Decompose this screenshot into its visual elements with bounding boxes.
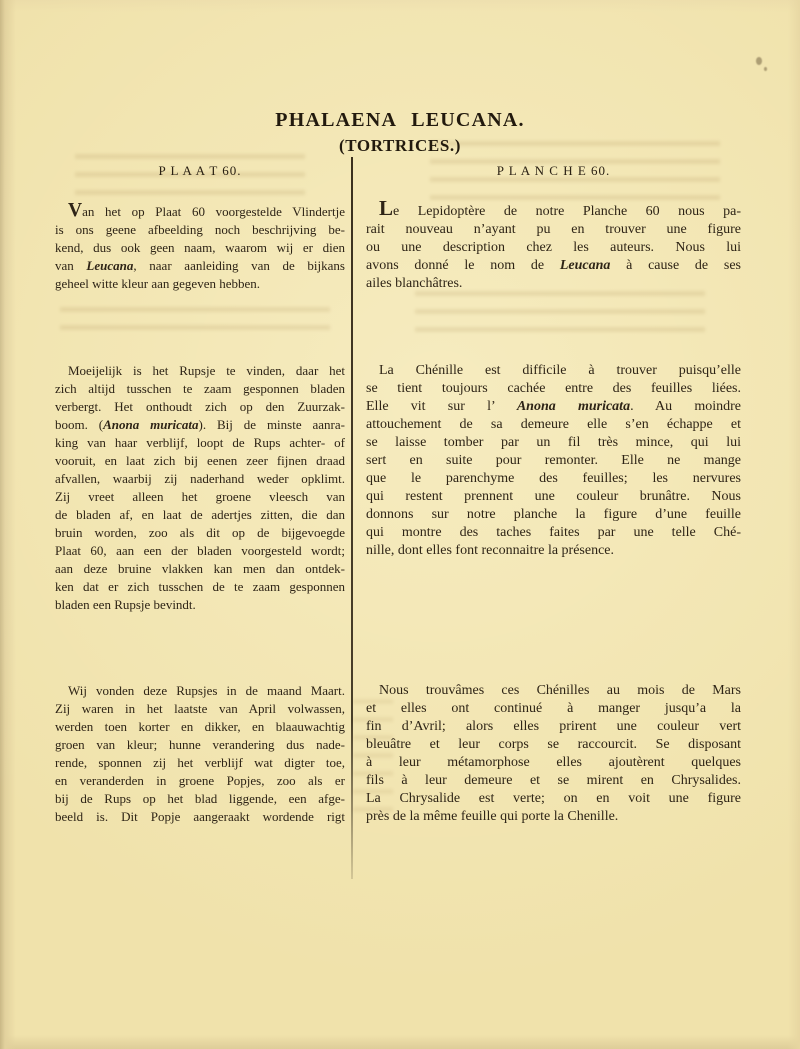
text-line: boom. (Anona muricata). Bij de minste aa… <box>55 416 345 434</box>
text-segment: qui montre des taches faites par une tel… <box>366 525 741 540</box>
text-segment: Zij waren in het laatste van April volwa… <box>55 701 345 716</box>
text-line: bleuâtre et leur corps se raccourcit. Se… <box>366 736 741 754</box>
text-segment: près de la même feuille qui porte la Che… <box>366 809 618 824</box>
column-header-planche: P L A N C H E 60. <box>366 163 741 179</box>
text-segment: an het op Plaat 60 voorgestelde Vlindert… <box>82 204 345 219</box>
text-segment: ou une description chez les auteurs. Nou… <box>366 240 741 255</box>
text-segment: is ons geene afbeelding noch beschrijvin… <box>55 222 345 237</box>
text-segment: geheel witte kleur aan gegeven hebben. <box>55 276 260 291</box>
text-segment: sert en suite pour remonter. Elle ne man… <box>366 453 741 468</box>
text-segment: ). Bij de minste aanra- <box>199 417 345 432</box>
paragraph: Nous trouvâmes ces Chénilles au mois de … <box>366 682 741 826</box>
paper-speck <box>764 67 767 71</box>
text-line: van Leucana, naar aanleiding van de bijk… <box>55 257 345 275</box>
initial-capital: L <box>379 196 393 220</box>
text-line: Zij waren in het laatste van April volwa… <box>55 700 345 718</box>
text-line: zich altijd tusschen te zaam gesponnen b… <box>55 380 345 398</box>
text-line: Moeijelijk is het Rupsje te vinden, daar… <box>55 362 345 380</box>
text-line: en veranderden in groene Popjes, zoo als… <box>55 772 345 790</box>
paragraph: Wij vonden deze Rupsjes in de maand Maar… <box>55 682 345 826</box>
text-segment: bladen een Rupsje bevindt. <box>55 597 196 612</box>
text-line: La Chrysalide est verte; on en voit une … <box>366 790 741 808</box>
column-divider-rule <box>351 157 353 879</box>
book-page: PHALAENA LEUCANA. (TORTRICES.) P L A A T… <box>0 0 800 1049</box>
species-name: Leucana <box>86 258 133 273</box>
text-line: de bladen af, en laat de adertjes zitten… <box>55 506 345 524</box>
text-line: rende, sponnen zij het verblijf wat digt… <box>55 754 345 772</box>
text-segment: boom. ( <box>55 417 103 432</box>
text-segment: vooruit, en laat zich bij eenen zeer fij… <box>55 453 345 468</box>
paragraph: Van het op Plaat 60 voorgestelde Vlinder… <box>55 203 345 293</box>
text-line: ailes blanchâtres. <box>366 275 741 293</box>
initial-capital: V <box>68 200 82 221</box>
text-segment: rende, sponnen zij het verblijf wat digt… <box>55 755 345 770</box>
text-segment: de bladen af, en laat de adertjes zitten… <box>55 507 345 522</box>
column-french: P L A N C H E 60. Le Lepidoptère de notr… <box>366 0 741 1049</box>
text-line: Le Lepidoptère de notre Planche 60 nous … <box>366 203 741 221</box>
text-segment: kend, dus ook geen naam, waarom wij er d… <box>55 240 345 255</box>
text-line: avons donné le nom de Leucana à cause de… <box>366 257 741 275</box>
text-segment: à cause de ses <box>610 258 741 273</box>
text-line: Zij vreet alleen het groene vleesch van <box>55 488 345 506</box>
text-line: à leur métamorphose elles ajoutèrent que… <box>366 754 741 772</box>
text-line: sert en suite pour remonter. Elle ne man… <box>366 452 741 470</box>
text-segment: avons donné le nom de <box>366 258 560 273</box>
text-segment: groen van kleur; hunne verandering dus n… <box>55 737 345 752</box>
text-line: fils à leur demeure et se mirent en Chry… <box>366 772 741 790</box>
text-line: Plaat 60, aan een der bladen voorgesteld… <box>55 542 345 560</box>
species-name: Anona muricata <box>103 417 198 432</box>
text-line: rait nouveau n’ayant pu en trouver une f… <box>366 221 741 239</box>
text-segment: ailes blanchâtres. <box>366 276 462 291</box>
text-segment: , naar aanleiding van de bijkans <box>133 258 345 273</box>
text-line: king van haar verblijf, loopt de Rups ac… <box>55 434 345 452</box>
text-line: Wij vonden deze Rupsjes in de maand Maar… <box>55 682 345 700</box>
text-line: verbergt. Het onthoudt zich op den Zuurz… <box>55 398 345 416</box>
text-segment: verbergt. Het onthoudt zich op den Zuurz… <box>55 399 345 414</box>
text-line: nille, dont elles font reconnaitre la pr… <box>366 542 741 560</box>
text-line: aan deze bruine vlakken kan men dan ontd… <box>55 560 345 578</box>
text-line: bladen een Rupsje bevindt. <box>55 596 345 614</box>
text-line: groen van kleur; hunne verandering dus n… <box>55 736 345 754</box>
text-segment: Nous trouvâmes ces Chénilles au mois de … <box>379 683 741 698</box>
text-segment: se tient toujours cachée entre des feuil… <box>366 381 741 396</box>
text-line: afvallen, waarbij zij naderhand weder op… <box>55 470 345 488</box>
column-dutch: P L A A T 60. Van het op Plaat 60 voorge… <box>55 0 345 1049</box>
paragraph: Moeijelijk is het Rupsje te vinden, daar… <box>55 362 345 614</box>
text-segment: aan deze bruine vlakken kan men dan ontd… <box>55 561 345 576</box>
text-segment: que le parenchyme des feuilles; les nerv… <box>366 471 741 486</box>
text-segment: se laisse tomber par un fil très mince, … <box>366 435 741 450</box>
text-segment: bij de Rups op het blad liggende, een af… <box>55 791 345 806</box>
text-line: beeld is. Dit Popje aangeraakt wordende … <box>55 808 345 826</box>
text-segment: bleuâtre et leur corps se raccourcit. Se… <box>366 737 741 752</box>
paper-speck <box>756 57 762 65</box>
text-line: attouchement de sa demeure elle s’en éch… <box>366 416 741 434</box>
text-segment: Zij vreet alleen het groene vleesch van <box>55 489 345 504</box>
paragraph: La Chénille est difficile à trouver puis… <box>366 362 741 560</box>
text-segment: . Au moindre <box>630 399 741 414</box>
text-segment: La Chénille est difficile à trouver puis… <box>379 363 741 378</box>
text-segment: qui restent prennent une couleur brunâtr… <box>366 489 741 504</box>
text-line: vooruit, en laat zich bij eenen zeer fij… <box>55 452 345 470</box>
text-segment: nille, dont elles font reconnaitre la pr… <box>366 543 614 558</box>
text-segment: zich altijd tusschen te zaam gesponnen b… <box>55 381 345 396</box>
text-line: Van het op Plaat 60 voorgestelde Vlinder… <box>55 203 345 221</box>
text-segment: Plaat 60, aan een der bladen voorgesteld… <box>55 543 345 558</box>
paragraph: Le Lepidoptère de notre Planche 60 nous … <box>366 203 741 293</box>
text-line: kend, dus ook geen naam, waarom wij er d… <box>55 239 345 257</box>
text-segment: en veranderden in groene Popjes, zoo als… <box>55 773 345 788</box>
text-segment: bruin worden, zoo als dit op de bijgevoe… <box>55 525 345 540</box>
text-line: près de la même feuille qui porte la Che… <box>366 808 741 826</box>
text-segment: rait nouveau n’ayant pu en trouver une f… <box>366 222 741 237</box>
column-header-plaat: P L A A T 60. <box>55 163 345 179</box>
text-line: se laisse tomber par un fil très mince, … <box>366 434 741 452</box>
text-segment: van <box>55 258 86 273</box>
text-line: Nous trouvâmes ces Chénilles au mois de … <box>366 682 741 700</box>
text-line: bruin worden, zoo als dit op de bijgevoe… <box>55 524 345 542</box>
text-line: Elle vit sur l’ Anona muricata. Au moind… <box>366 398 741 416</box>
text-line: qui restent prennent une couleur brunâtr… <box>366 488 741 506</box>
text-segment: afvallen, waarbij zij naderhand weder op… <box>55 471 345 486</box>
text-line: fin d’Avril; alors elles prirent une cou… <box>366 718 741 736</box>
text-line: geheel witte kleur aan gegeven hebben. <box>55 275 345 293</box>
text-line: que le parenchyme des feuilles; les nerv… <box>366 470 741 488</box>
text-line: bij de Rups op het blad liggende, een af… <box>55 790 345 808</box>
text-line: is ons geene afbeelding noch beschrijvin… <box>55 221 345 239</box>
text-segment: Moeijelijk is het Rupsje te vinden, daar… <box>68 363 345 378</box>
text-segment: fils à leur demeure et se mirent en Chry… <box>366 773 741 788</box>
species-name: Leucana <box>560 258 611 273</box>
text-line: ou une description chez les auteurs. Nou… <box>366 239 741 257</box>
text-line: ken dat er zich tusschen de te zaam gesp… <box>55 578 345 596</box>
text-segment: werden toen korter en dikker, en blaauwa… <box>55 719 345 734</box>
text-line: qui montre des taches faites par une tel… <box>366 524 741 542</box>
text-line: et elles ont continué à manger jusqu’a l… <box>366 700 741 718</box>
species-name: Anona muricata <box>517 399 630 414</box>
text-segment: e Lepidoptère de notre Planche 60 nous p… <box>393 204 741 219</box>
text-segment: donnons sur notre planche la figure d’un… <box>366 507 741 522</box>
text-segment: et elles ont continué à manger jusqu’a l… <box>366 701 741 716</box>
text-segment: à leur métamorphose elles ajoutèrent que… <box>366 755 741 770</box>
text-segment: king van haar verblijf, loopt de Rups ac… <box>55 435 345 450</box>
text-segment: beeld is. Dit Popje aangeraakt wordende … <box>55 809 345 824</box>
text-segment: Wij vonden deze Rupsjes in de maand Maar… <box>68 683 345 698</box>
text-segment: La Chrysalide est verte; on en voit une … <box>366 791 741 806</box>
text-line: La Chénille est difficile à trouver puis… <box>366 362 741 380</box>
text-segment: ken dat er zich tusschen de te zaam gesp… <box>55 579 345 594</box>
text-segment: attouchement de sa demeure elle s’en éch… <box>366 417 741 432</box>
text-line: donnons sur notre planche la figure d’un… <box>366 506 741 524</box>
text-line: se tient toujours cachée entre des feuil… <box>366 380 741 398</box>
text-line: werden toen korter en dikker, en blaauwa… <box>55 718 345 736</box>
text-segment: Elle vit sur l’ <box>366 399 517 414</box>
text-segment: fin d’Avril; alors elles prirent une cou… <box>366 719 741 734</box>
